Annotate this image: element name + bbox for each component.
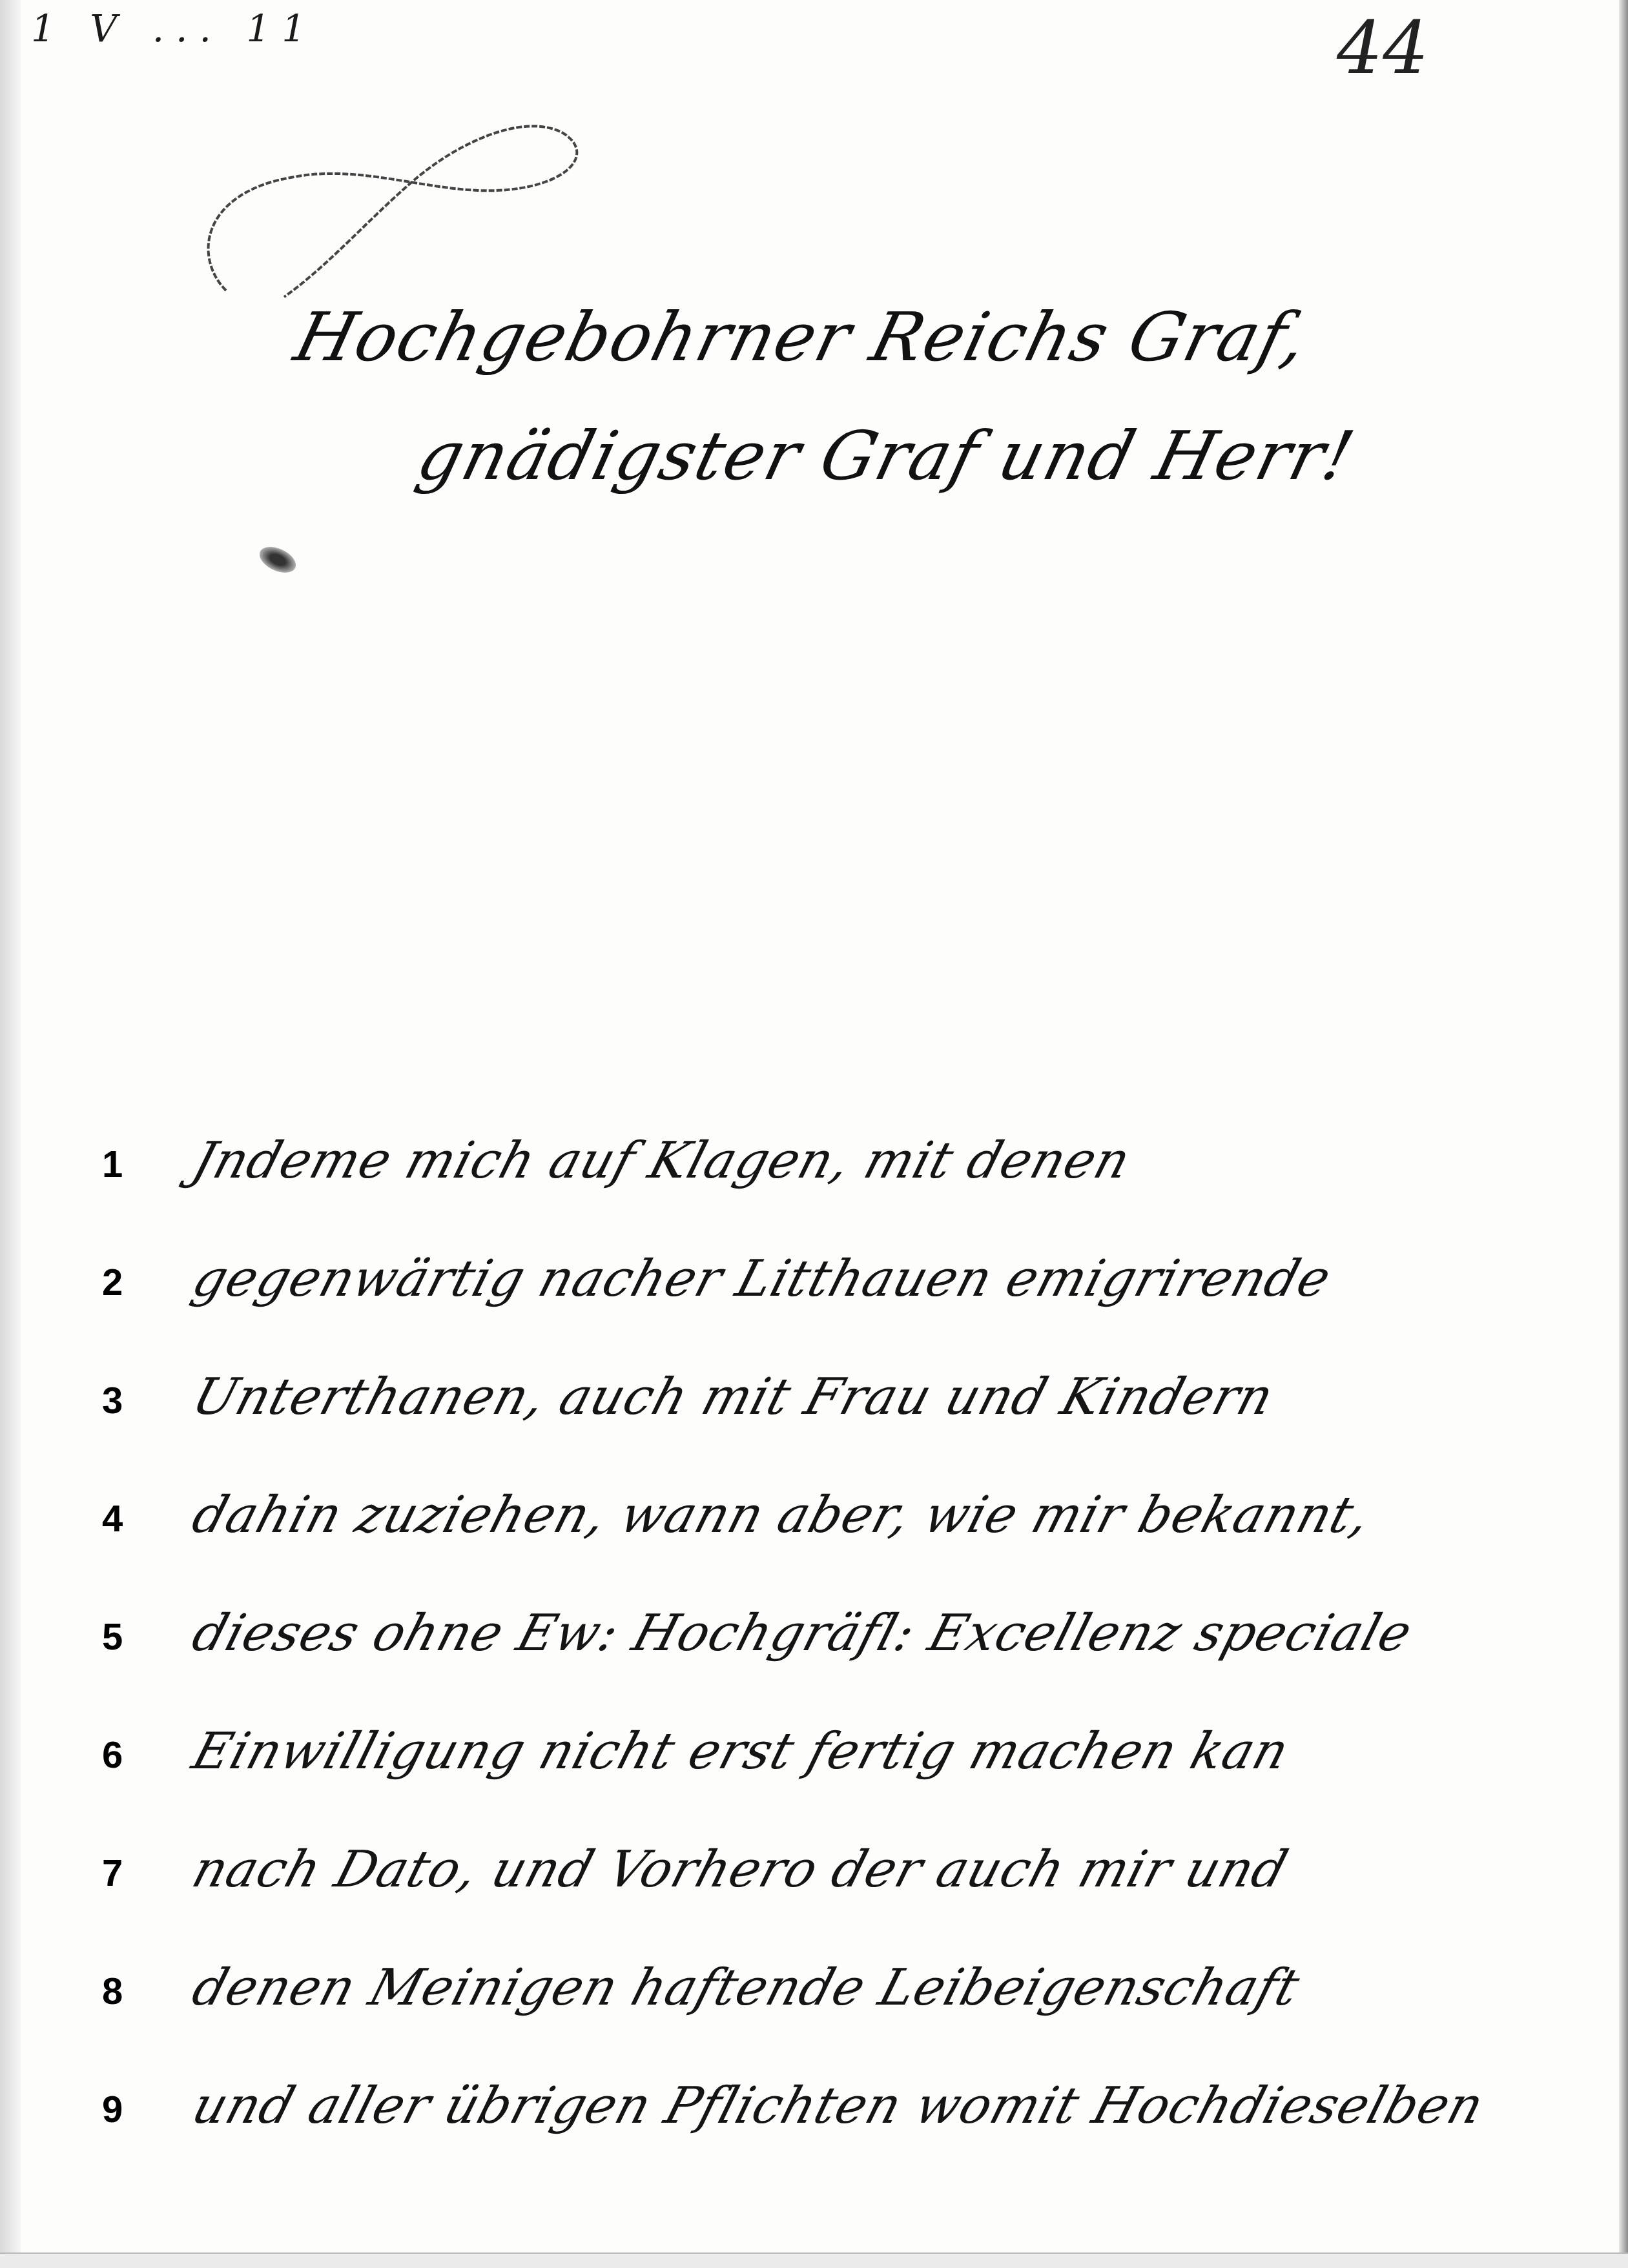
salutation-line-1: Hochgebohrner Reichs Graf, <box>289 303 1468 371</box>
text-line: 7 nach Dato, und Vorhero der auch mir un… <box>97 1781 1556 1899</box>
decorative-flourish-icon <box>200 116 781 310</box>
salutation: Hochgebohrner Reichs Graf, gnädigster Gr… <box>297 303 1459 489</box>
line-text: gegenwärtig nacher Litthauen emigrirende <box>186 1250 1337 1308</box>
line-text: dahin zuziehen, wann aber, wie mir bekan… <box>186 1486 1377 1544</box>
text-line: 1 Jndeme mich auf Klagen, mit denen <box>97 1072 1556 1190</box>
page-bottom-edge <box>0 2253 1628 2268</box>
page-number: 44 <box>1337 6 1429 90</box>
text-line: 9 und aller übrigen Pflichten womit Hoch… <box>97 2017 1556 2135</box>
text-line: 8 denen Meinigen haftende Leibeigenschaf… <box>97 1899 1556 2017</box>
ink-blot <box>256 542 300 578</box>
line-text: Jndeme mich auf Klagen, mit denen <box>186 1132 1137 1190</box>
line-number: 1 <box>97 1143 186 1190</box>
line-number: 6 <box>97 1733 186 1781</box>
archive-reference: 1 V ... 11 <box>31 6 317 50</box>
line-text: denen Meinigen haftende Leibeigenschaft <box>186 1959 1306 2017</box>
line-text: Einwilligung nicht erst fertig machen ka… <box>186 1722 1295 1781</box>
line-number: 9 <box>97 2088 186 2135</box>
line-text: nach Dato, und Vorhero der auch mir und <box>186 1841 1294 1899</box>
text-line: 5 dieses ohne Ew: Hochgräfl: Excellenz s… <box>97 1544 1556 1662</box>
page-left-edge <box>0 0 21 2268</box>
salutation-line-2: gnädigster Graf und Herr! <box>411 422 1468 489</box>
line-text: und aller übrigen Pflichten womit Hochdi… <box>186 2077 1490 2135</box>
text-line: 4 dahin zuziehen, wann aber, wie mir bek… <box>97 1426 1556 1544</box>
line-text: dieses ohne Ew: Hochgräfl: Excellenz spe… <box>186 1604 1419 1662</box>
line-number: 4 <box>97 1497 186 1544</box>
line-number: 2 <box>97 1261 186 1308</box>
line-text: Unterthanen, auch mit Frau und Kindern <box>186 1368 1281 1426</box>
line-number: 5 <box>97 1615 186 1662</box>
manuscript-page: 1 V ... 11 44 Hochgebohrner Reichs Graf,… <box>0 0 1628 2268</box>
text-line: 2 gegenwärtig nacher Litthauen emigriren… <box>97 1190 1556 1308</box>
page-right-edge <box>1619 0 1628 2268</box>
text-line: 6 Einwilligung nicht erst fertig machen … <box>97 1662 1556 1781</box>
line-number: 3 <box>97 1379 186 1426</box>
letter-body: 1 Jndeme mich auf Klagen, mit denen 2 ge… <box>97 1072 1556 2135</box>
line-number: 7 <box>97 1852 186 1899</box>
text-line: 3 Unterthanen, auch mit Frau und Kindern <box>97 1308 1556 1426</box>
line-number: 8 <box>97 1970 186 2017</box>
